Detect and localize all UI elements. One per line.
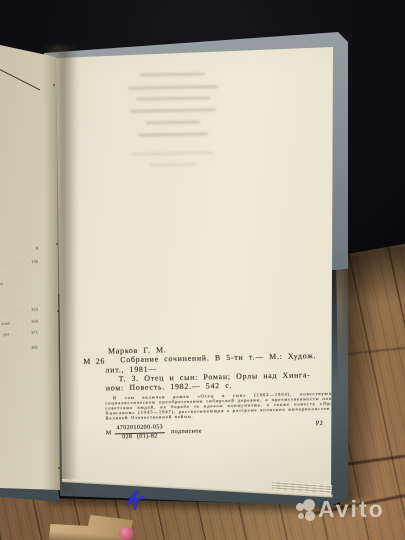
gutter-shadow bbox=[44, 45, 78, 492]
toc-page-number: 391 bbox=[31, 345, 38, 350]
toc-leader-dots: . . . . . bbox=[5, 345, 30, 352]
index-row: М 4702010200-053 028 (01)-82 подписное Р… bbox=[106, 421, 361, 442]
photo-scene: . . . . . . . 8 . . . . . . 136 м . . . … bbox=[0, 0, 405, 540]
category-code: Р2 bbox=[316, 421, 324, 428]
showthrough-line bbox=[132, 151, 214, 156]
toc-fragment: алья bbox=[1, 320, 10, 326]
showthrough-line bbox=[136, 96, 210, 100]
annotation-paragraph: В том включен роман «Отец и сын» (1962—1… bbox=[105, 391, 351, 421]
printed-rule bbox=[0, 69, 40, 91]
index-prefix: М bbox=[106, 430, 112, 437]
prop-pink-toy bbox=[119, 527, 134, 540]
toc-fragment: рог bbox=[3, 331, 10, 336]
toc-page-number: 358 bbox=[31, 319, 38, 324]
margin-code: М 26 bbox=[83, 357, 105, 367]
toc-entry: . . . . . . . 8 bbox=[0, 246, 38, 253]
toc-entry: . . . . . . 353 bbox=[0, 307, 38, 314]
index-fraction: 4702010200-053 028 (01)-82 bbox=[114, 425, 165, 441]
toc-entry: м bbox=[0, 280, 10, 286]
toc-entry: рог . . . . 371 bbox=[0, 330, 38, 337]
index-denominator: 028 (01)-82 bbox=[115, 433, 166, 441]
showthrough-line bbox=[146, 121, 200, 125]
toc-leader-dots: . . . . . . bbox=[0, 307, 30, 314]
book-side-shadow bbox=[344, 254, 378, 500]
avito-watermark: Avito bbox=[296, 498, 404, 536]
toc-page-number: 371 bbox=[31, 330, 38, 335]
toc-fragment: м bbox=[0, 281, 3, 286]
toc-entry: алья . . . . 358 bbox=[0, 319, 38, 326]
toc-leader-dots: . . . . bbox=[11, 319, 31, 325]
toc-leader-dots: . . . . bbox=[11, 330, 31, 336]
toc-page-number: 8 bbox=[35, 246, 38, 251]
showthrough-line bbox=[140, 72, 205, 76]
showthrough-line bbox=[128, 85, 218, 90]
showthrough-line bbox=[138, 132, 208, 136]
avito-wordmark: Avito bbox=[318, 496, 385, 523]
toc-leader-dots: . . . . . . bbox=[0, 259, 30, 266]
index-suffix: подписное bbox=[171, 429, 202, 436]
toc-entry: . . . . . . 136 bbox=[0, 259, 38, 266]
showthrough-line bbox=[150, 163, 196, 167]
showthrough-line bbox=[130, 108, 216, 113]
colophon-block: Марков Г. М. М 26 Собрание сочинений. В … bbox=[83, 341, 361, 442]
toc-page-number: 353 bbox=[31, 307, 38, 312]
toc-leader-dots: . . . . . . . bbox=[0, 246, 35, 253]
toc-page-number: 136 bbox=[31, 259, 38, 264]
toc-entry: . . . . . 391 bbox=[0, 345, 38, 352]
